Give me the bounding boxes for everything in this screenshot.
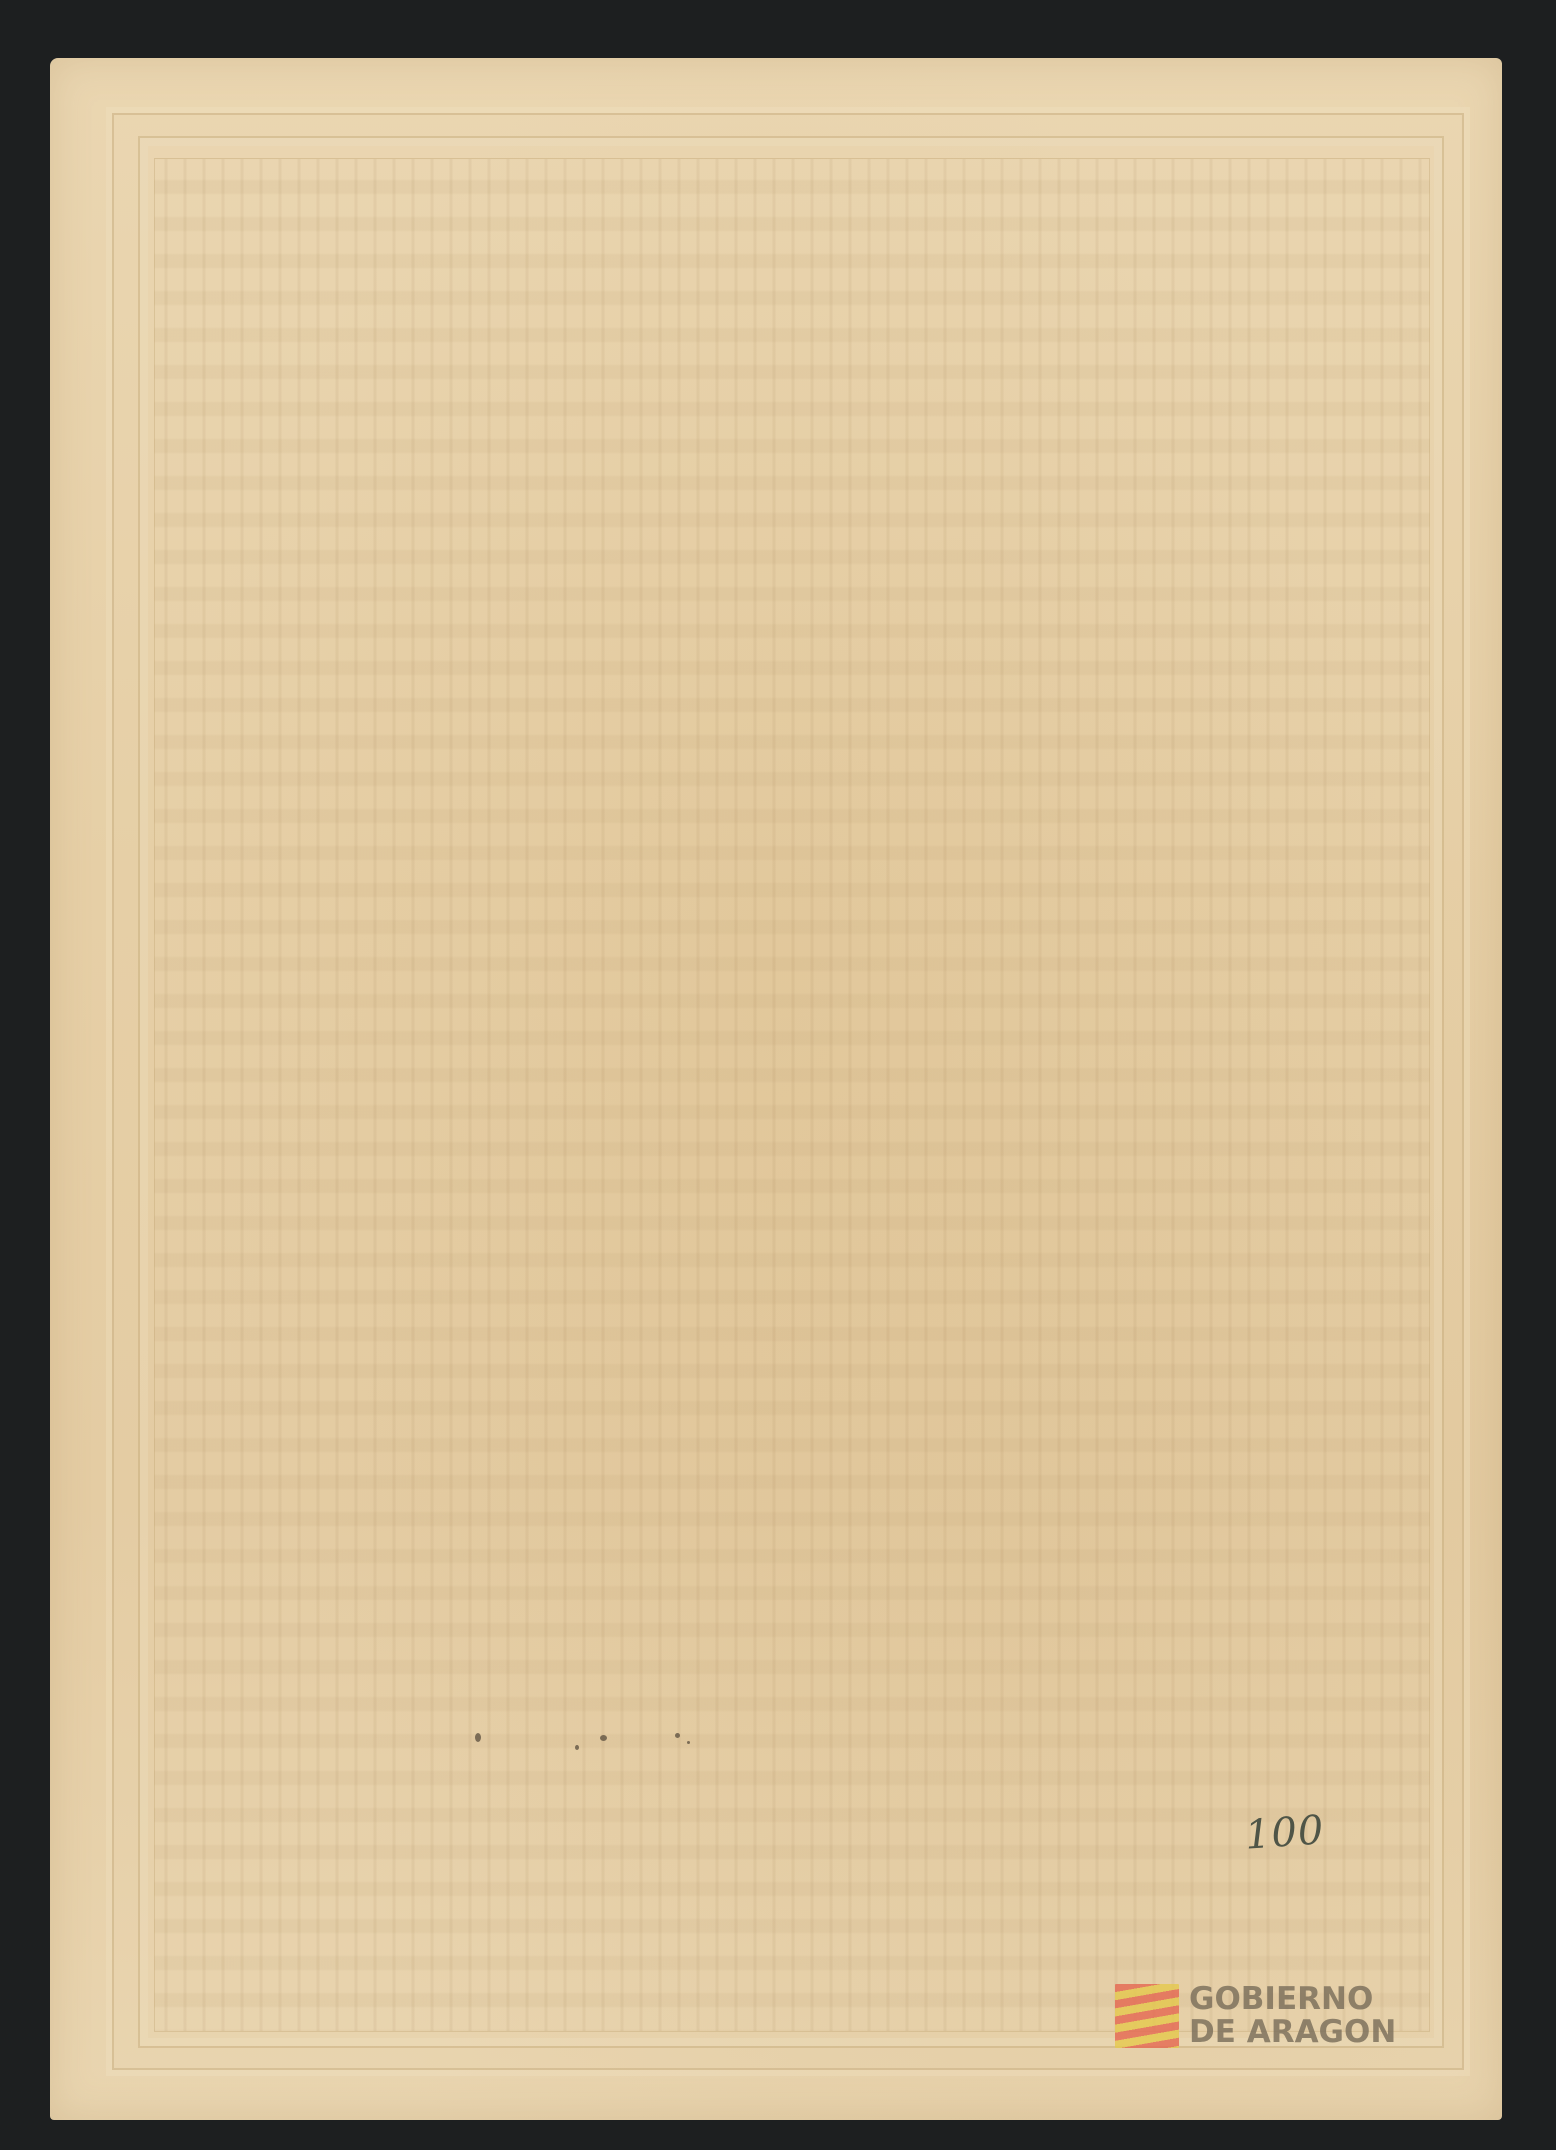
speck xyxy=(600,1735,607,1741)
speck xyxy=(687,1741,690,1744)
handwritten-folio-number: 100 xyxy=(1243,1807,1325,1858)
speck xyxy=(575,1745,579,1750)
bleed-through-texture xyxy=(155,159,1429,2031)
speck xyxy=(675,1733,680,1738)
gobierno-de-aragon-watermark: GOBIERNO DE ARAGON xyxy=(1115,1983,1396,2049)
watermark-text: GOBIERNO DE ARAGON xyxy=(1189,1983,1396,2049)
speck xyxy=(475,1733,481,1742)
aragon-flag-icon xyxy=(1115,1984,1179,2048)
watermark-line-1: GOBIERNO xyxy=(1189,1983,1396,2016)
bleed-through-text-area xyxy=(154,158,1430,2032)
watermark-line-2: DE ARAGON xyxy=(1189,2016,1396,2049)
foxing-specks xyxy=(475,1723,775,1763)
